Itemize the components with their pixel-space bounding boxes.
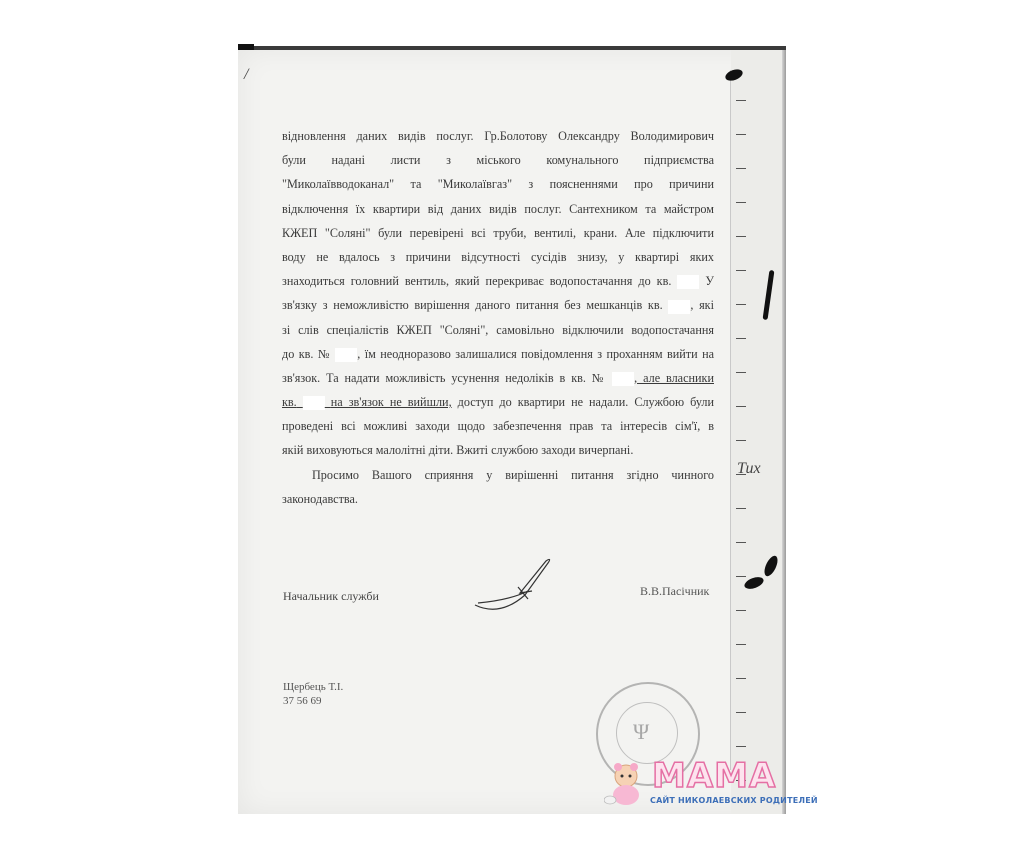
margin-slash: / [244, 66, 248, 84]
body-line: "Миколаївводоканал" та "Миколаївгаз" з п… [282, 172, 714, 196]
brand-tagline: САЙТ НИКОЛАЕВСКИХ РОДИТЕЛЕЙ [650, 796, 818, 805]
body-line: Просимо Вашого сприяння у вирішенні пита… [282, 463, 714, 487]
margin-tick [736, 440, 746, 441]
trident-icon: Ψ [633, 719, 649, 745]
signatory-title: Начальник служби [283, 589, 379, 604]
margin-tick [736, 134, 746, 135]
margin-tick [736, 168, 746, 169]
margin-tick [736, 644, 746, 645]
attached-strip [731, 50, 786, 814]
body-line: до кв. № , їм неодноразово залишалися по… [282, 342, 714, 366]
body-line: якій виховуються малолітні діти. Вжиті с… [282, 438, 714, 462]
site-watermark-logo: МАМА САЙТ НИКОЛАЕВСКИХ РОДИТЕЛЕЙ [604, 760, 786, 808]
brand-word: МАМА [652, 756, 776, 796]
letter-body: відновлення даних видів послуг. Гр.Болот… [282, 124, 714, 511]
executor-name: Щербець Т.І. [283, 680, 343, 694]
margin-tick [736, 678, 746, 679]
margin-tick [736, 610, 746, 611]
body-line: були надані листи з міського комунальног… [282, 148, 714, 172]
margin-tick [736, 576, 746, 577]
redaction [335, 348, 357, 362]
redaction [612, 372, 634, 386]
margin-tick [736, 372, 746, 373]
body-line: проведені всі можливі заходи щодо забезп… [282, 414, 714, 438]
baby-icon [604, 762, 648, 806]
margin-tick [736, 100, 746, 101]
margin-tick [736, 712, 746, 713]
body-line: зв'язку з неможливістю вирішення даного … [282, 293, 714, 317]
margin-note: Тих [737, 460, 761, 478]
margin-tick [736, 746, 746, 747]
body-line: КЖЕП "Соляні" були перевірені всі труби,… [282, 221, 714, 245]
redaction [303, 396, 325, 410]
page-top-edge [238, 46, 786, 50]
body-line: кв. на зв'язок не вийшли, доступ до квар… [282, 390, 714, 414]
body-line: законодавства. [282, 487, 714, 511]
executor-phone: 37 56 69 [283, 694, 343, 708]
redaction [668, 300, 690, 314]
page-top-corner [238, 44, 254, 50]
body-line: відновлення даних видів послуг. Гр.Болот… [282, 124, 714, 148]
body-line: воду не вдалось з причини відсутності су… [282, 245, 714, 269]
page-fold [730, 70, 731, 770]
body-line: зв'язок. Та надати можливість усунення н… [282, 366, 714, 390]
body-line: знаходиться головний вентиль, який перек… [282, 269, 714, 293]
margin-tick [736, 304, 746, 305]
body-line: зі слів спеціалістів КЖЕП "Соляні", само… [282, 318, 714, 342]
margin-tick [736, 236, 746, 237]
executor-info: Щербець Т.І. 37 56 69 [283, 680, 343, 708]
margin-tick [736, 508, 746, 509]
page-right-edge [782, 50, 786, 814]
body-line: відключення їх квартири від даних видів … [282, 197, 714, 221]
margin-tick [736, 270, 746, 271]
signatory-name: В.В.Пасічник [640, 584, 709, 599]
redaction [677, 275, 699, 289]
margin-tick [736, 338, 746, 339]
margin-tick [736, 542, 746, 543]
margin-tick [736, 202, 746, 203]
margin-tick [736, 406, 746, 407]
signature [470, 555, 560, 620]
